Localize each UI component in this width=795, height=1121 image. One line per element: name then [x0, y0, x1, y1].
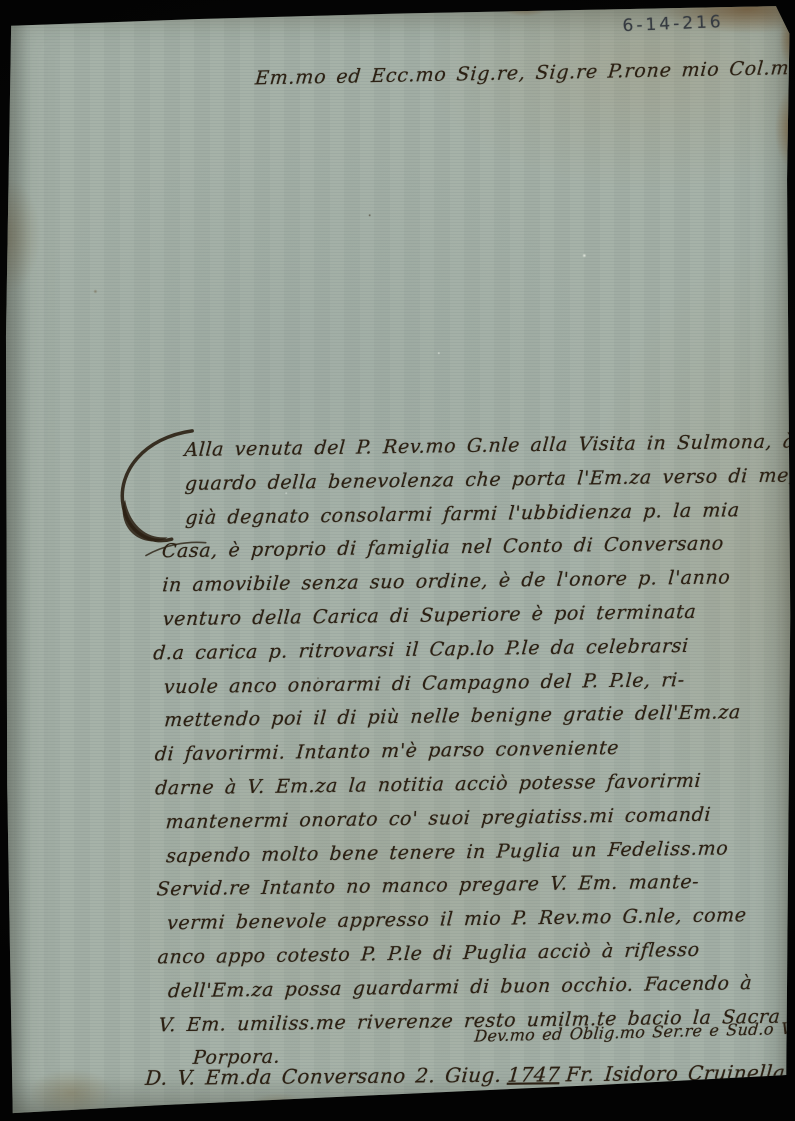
letter-content-layer: 6-14-216 Em.mo ed Ecc.mo Sig.re, Sig.re …	[0, 0, 795, 1121]
photo-background: 6-14-216 Em.mo ed Ecc.mo Sig.re, Sig.re …	[0, 0, 795, 1121]
dateline-place: D. V. Em.da Conversano 2. Giug.	[144, 1063, 502, 1090]
letter-body: Alla venuta del P. Rev.mo G.nle alla Vis…	[150, 426, 795, 1077]
dateline-year: 1747	[507, 1062, 561, 1086]
archival-number: 6-14-216	[622, 12, 724, 36]
manuscript-paper: 6-14-216 Em.mo ed Ecc.mo Sig.re, Sig.re …	[0, 0, 795, 1121]
signature-row: D. V. Em.da Conversano 2. Giug. 1747 Fr.…	[144, 1060, 795, 1090]
salutation-line: Em.mo ed Ecc.mo Sig.re, Sig.re P.rone mi…	[254, 57, 795, 90]
signature-name: Fr. Isidoro Cruinella Minimo	[565, 1059, 795, 1086]
